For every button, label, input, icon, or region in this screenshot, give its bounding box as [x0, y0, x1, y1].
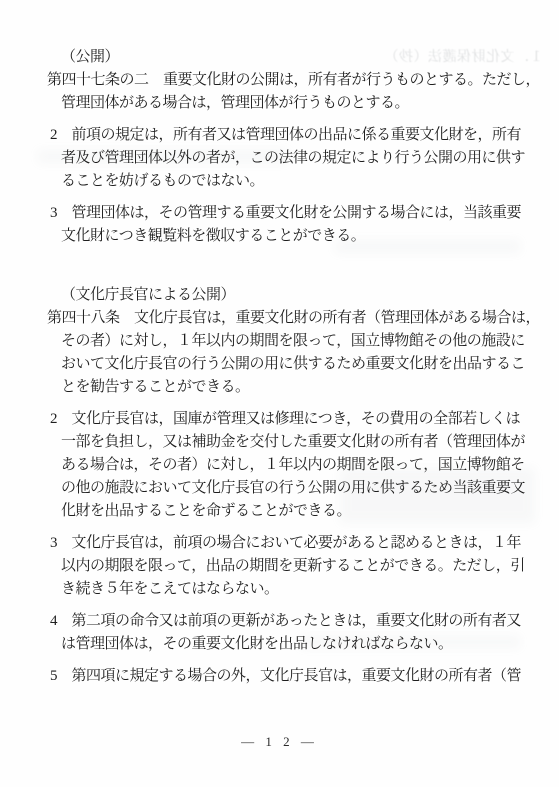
section-heading-chokan: （文化庁長官による公開） [61, 284, 559, 307]
document-page: １．文化財保護法（抄） （公開） 第四十七条の二 重要文化財の公開は，所有者が行… [0, 0, 559, 787]
article-48-para-5-line: 5 第四項に規定する場合の外，文化庁長官は，重要文化財の所有者（管 [50, 665, 559, 688]
article-48-line: その者）に対し，１年以内の期間を限って，国立博物館その他の施設に [61, 330, 559, 353]
article-47-2-line: 管理団体がある場合は，管理団体が行うものとする。 [61, 92, 559, 115]
article-48-para-3-line: 以内の期限を限って，出品の期間を更新することができる。ただし，引 [61, 555, 559, 578]
article-48-para-2-line: 化財を出品することを命ずることができる。 [61, 500, 559, 523]
article-48-para-3-line: 3 文化庁長官は，前項の場合において必要があると認めるときは，１年 [50, 532, 559, 555]
article-48-para-4-line: 4 第二項の命令又は前項の更新があったときは，重要文化財の所有者又 [50, 610, 559, 633]
article-48-para-4-line: は管理団体は，その重要文化財を出品しなければならない。 [61, 633, 559, 656]
section-heading-kokai: （公開） [61, 46, 559, 69]
article-48-para-2-line: 一部を負担し，又は補助金を交付した重要文化財の所有者（管理団体が [61, 431, 559, 454]
article-48-para-2-line: の他の施設において文化庁長官の行う公開の用に供するため当該重要文 [61, 477, 559, 500]
article-48-line: おいて文化庁長官の行う公開の用に供するため重要文化財を出品するこ [61, 353, 559, 376]
article-47-2-para-2-line: ることを妨げるものではない。 [61, 170, 559, 193]
law-text-block: （公開） 第四十七条の二 重要文化財の公開は，所有者が行うものとする。ただし， … [0, 0, 559, 688]
article-48-para-2-line: 2 文化庁長官は，国庫が管理又は修理につき，その費用の全部若しくは [50, 408, 559, 431]
article-47-2-para-2-line: 2 前項の規定は，所有者又は管理団体の出品に係る重要文化財を，所有 [50, 124, 559, 147]
article-47-2-para-3-line: 3 管理団体は，その管理する重要文化財を公開する場合には，当該重要 [50, 202, 559, 225]
article-48-line: 第四十八条 文化庁長官は，重要文化財の所有者（管理団体がある場合は， [47, 307, 559, 330]
article-47-2-para-3-line: 文化財につき観覧料を徴収することができる。 [61, 225, 559, 248]
article-48-line: とを勧告することができる。 [61, 376, 559, 399]
article-48-para-3-line: き続き５年をこえてはならない。 [61, 578, 559, 601]
article-47-2-line: 第四十七条の二 重要文化財の公開は，所有者が行うものとする。ただし， [47, 69, 559, 92]
article-47-2-para-2-line: 者及び管理団体以外の者が，この法律の規定により行う公開の用に供す [61, 147, 559, 170]
page-number: — 1 2 — [0, 734, 559, 750]
article-48-para-2-line: ある場合は，その者）に対し，１年以内の期間を限って，国立博物館そ [61, 454, 559, 477]
